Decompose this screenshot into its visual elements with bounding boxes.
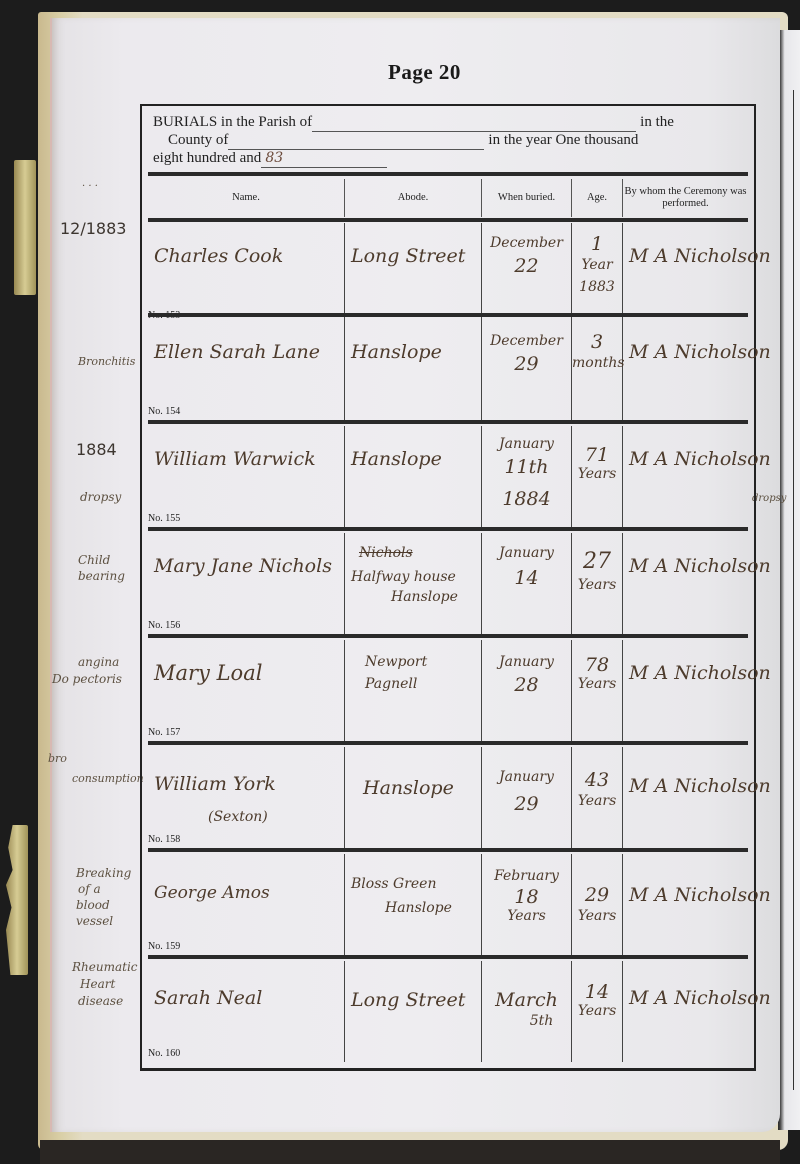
col-header-name: Name.	[148, 179, 345, 217]
entry-officiant: M A Nicholson	[629, 555, 771, 577]
binding-tape-bottom	[6, 825, 28, 975]
entry-officiant: M A Nicholson	[629, 341, 771, 363]
entry-when-month: January	[482, 436, 571, 453]
entry-when-day: 28	[482, 674, 571, 696]
entry-when-month: December	[482, 333, 571, 350]
entry-officiant-cell: M A Nicholson	[623, 961, 748, 1062]
margin-cause-dropsy: dropsy	[80, 490, 121, 504]
entry-when-month: February	[482, 868, 571, 885]
entry-when-day: 5th	[512, 1013, 571, 1030]
entry-when-month: March	[482, 989, 571, 1011]
margin-marks: · · ·	[82, 180, 98, 194]
register-header: BURIALS in the Parish of in the County o…	[142, 106, 754, 168]
entry-age-cell: 27 Years	[572, 533, 623, 634]
entry-when-cell: January 28	[482, 640, 572, 741]
column-header-rule	[148, 218, 748, 222]
margin-cause-angina-2: Do pectoris	[52, 672, 122, 686]
entry-abode-cell: Long Street	[345, 961, 482, 1062]
entry-age-cell: 1 Year 1883	[572, 223, 623, 324]
entry-abode-cell: Hanslope	[345, 319, 482, 420]
entry-name-cell: Ellen Sarah Lane No. 154	[148, 319, 345, 420]
entry-age-value: 1	[572, 233, 622, 255]
entry-abode: Long Street	[351, 989, 465, 1011]
header-hundred-label: eight hundred and	[153, 150, 261, 166]
entry-officiant-cell: M A Nicholson	[623, 223, 748, 324]
margin-cause-breaking-4: vessel	[76, 914, 113, 928]
col-header-age: Age.	[572, 179, 623, 217]
entry-abode-extra: Hanslope	[391, 589, 458, 606]
header-line-3: eight hundred and83	[153, 150, 387, 168]
entry-officiant-cell: M A Nicholson	[623, 533, 748, 634]
entry-age-value: 3	[572, 331, 622, 353]
entry-when-month: January	[482, 769, 571, 786]
row-rule	[148, 313, 748, 317]
entry-age-unit: Years	[572, 1003, 622, 1020]
header-county-label: County of	[168, 132, 228, 148]
year-field: 83	[261, 150, 387, 168]
page-title: Page 20	[388, 60, 461, 85]
entry-abode: Halfway house	[351, 569, 456, 586]
entry-name-cell: Sarah Neal No. 160	[148, 961, 345, 1062]
entry-when-year: 1884	[482, 488, 571, 510]
entry-name: Mary Jane Nichols	[154, 555, 332, 577]
entry-abode-struck: Nichols	[359, 545, 413, 562]
entry-when-cell: January 14	[482, 533, 572, 634]
row-rule	[148, 634, 748, 638]
entry-age-value: 14	[572, 981, 622, 1003]
entry-when-day: 11th	[482, 456, 571, 478]
entry-age-cell: 29 Years	[572, 854, 623, 955]
entry-abode: Hanslope	[363, 777, 454, 799]
row-rule	[148, 741, 748, 745]
entry-number: No. 155	[148, 513, 180, 524]
entry-officiant-cell: M A Nicholson	[623, 319, 748, 420]
header-parish-label: BURIALS in the Parish of	[153, 114, 312, 130]
entry-officiant-cell: M A Nicholson	[623, 747, 748, 848]
entry-when-cell: January 29	[482, 747, 572, 848]
entry-when-day: 18	[482, 886, 571, 908]
burial-entry-158: William York (Sexton) No. 158 Hanslope J…	[148, 747, 748, 848]
entry-number: No. 158	[148, 834, 180, 845]
header-rule	[148, 172, 748, 176]
margin-cause-breaking-1: Breaking	[76, 866, 131, 880]
header-line-1: BURIALS in the Parish of in the	[153, 114, 674, 132]
margin-cause-childbearing-2: bearing	[78, 569, 125, 583]
entry-when-cell: December 29	[482, 319, 572, 420]
entry-when-day: 29	[482, 793, 571, 815]
entry-age-cell: 3 months	[572, 319, 623, 420]
col-header-when-buried: When buried.	[482, 179, 572, 217]
entry-age-unit: Years	[572, 908, 622, 925]
column-headers: Name. Abode. When buried. Age. By whom t…	[148, 179, 748, 217]
entry-name: William York	[154, 773, 276, 795]
burial-entry-153: Charles Cook No. 153 Long Street Decembe…	[148, 223, 748, 324]
entry-officiant: M A Nicholson	[629, 884, 771, 906]
margin-cause-breaking-3: blood	[76, 898, 110, 912]
header-year-label: in the year One thousand	[488, 132, 638, 148]
entry-age-cell: 43 Years	[572, 747, 623, 848]
entry-name: Ellen Sarah Lane	[154, 341, 320, 363]
entry-when-month: December	[482, 235, 571, 252]
margin-cause-bronchitis: Bronchitis	[78, 355, 135, 369]
entry-officiant-cell: M A Nicholson	[623, 426, 748, 527]
book-bottom-shadow	[40, 1140, 780, 1164]
entry-name-cell: William York (Sexton) No. 158	[148, 747, 345, 848]
margin-cause-consumption: consumption	[72, 772, 144, 786]
entry-when-month: January	[482, 654, 571, 671]
entry-age-unit: Years	[572, 676, 622, 693]
margin-cause-rheumatic-1: Rheumatic	[72, 960, 138, 974]
burial-entry-155: William Warwick No. 155 Hanslope January…	[148, 426, 748, 527]
entry-when-month: January	[482, 545, 571, 562]
entry-abode-cell: Nichols Halfway house Hanslope	[345, 533, 482, 634]
entry-abode: Newport	[365, 654, 427, 671]
burial-register-table: BURIALS in the Parish of in the County o…	[140, 104, 756, 1071]
entry-age-unit: months	[572, 355, 622, 372]
entry-when-cell: December 22	[482, 223, 572, 324]
entry-age-value: 71	[572, 444, 622, 466]
margin-year-1884: 1884	[76, 443, 117, 457]
entry-when-cell: January 11th 1884	[482, 426, 572, 527]
entry-age-unit: Years	[572, 793, 622, 810]
row-rule	[148, 955, 748, 959]
entry-name-cell: Mary Loal No. 157	[148, 640, 345, 741]
entry-name-note: (Sexton)	[208, 809, 268, 826]
entry-name-cell: George Amos No. 159	[148, 854, 345, 955]
entry-officiant-cell: M A Nicholson	[623, 854, 748, 955]
entry-abode: Long Street	[351, 245, 465, 267]
entry-abode-extra: Hanslope	[385, 900, 452, 917]
entry-age-cell: 14 Years	[572, 961, 623, 1062]
entry-age-unit: Year	[572, 257, 622, 274]
burial-entry-160: Sarah Neal No. 160 Long Street March 5th…	[148, 961, 748, 1062]
row-rule	[148, 527, 748, 531]
entry-name: Mary Loal	[154, 662, 262, 684]
entry-age-value: 43	[572, 769, 622, 791]
entry-number: No. 159	[148, 941, 180, 952]
entry-when-day: 29	[482, 353, 571, 375]
burial-entry-159: George Amos No. 159 Bloss Green Hanslope…	[148, 854, 748, 955]
entry-number: No. 156	[148, 620, 180, 631]
entry-abode-extra: Pagnell	[365, 676, 417, 693]
row-rule	[148, 420, 748, 424]
entry-officiant: M A Nicholson	[629, 775, 771, 797]
entry-when-day: 22	[482, 255, 571, 277]
entry-age-value: 29	[572, 884, 622, 906]
entry-name-cell: Mary Jane Nichols No. 156	[148, 533, 345, 634]
entry-abode: Hanslope	[351, 341, 442, 363]
entry-when-day: 14	[482, 567, 571, 589]
parish-field	[312, 114, 636, 132]
entry-abode-cell: Long Street	[345, 223, 482, 324]
year-value: 83	[265, 150, 283, 166]
entry-name: George Amos	[154, 882, 270, 904]
entry-officiant: M A Nicholson	[629, 987, 771, 1009]
entry-name: William Warwick	[154, 448, 316, 470]
entry-number: No. 160	[148, 1048, 180, 1059]
entry-abode: Bloss Green	[351, 876, 436, 893]
entry-when-extra: Years	[482, 908, 571, 925]
burial-entry-156: Mary Jane Nichols No. 156 Nichols Halfwa…	[148, 533, 748, 634]
row-rule	[148, 848, 748, 852]
entry-officiant: M A Nicholson	[629, 448, 771, 470]
col-header-officiant: By whom the Ceremony was performed.	[623, 179, 748, 217]
county-field	[228, 132, 484, 150]
entry-name: Sarah Neal	[154, 987, 262, 1009]
facing-page-edge	[778, 30, 800, 1130]
binding-tape-top	[14, 160, 36, 295]
header-line-2: County of in the year One thousand	[168, 132, 638, 150]
entry-age-extra: 1883	[572, 279, 622, 296]
col-header-abode: Abode.	[345, 179, 482, 217]
margin-date-1883: 12/1883	[60, 222, 126, 236]
entry-age-value: 78	[572, 654, 622, 676]
margin-note-bro: bro	[48, 752, 67, 766]
entry-number: No. 154	[148, 406, 180, 417]
entry-abode-cell: Hanslope	[345, 747, 482, 848]
entry-age-cell: 78 Years	[572, 640, 623, 741]
entry-name-cell: Charles Cook No. 153	[148, 223, 345, 324]
margin-cause-rheumatic-2: Heart	[80, 977, 115, 991]
margin-cause-childbearing-1: Child	[78, 553, 110, 567]
margin-right-dropsy: dropsy	[752, 492, 786, 506]
burial-entry-154: Ellen Sarah Lane No. 154 Hanslope Decemb…	[148, 319, 748, 420]
margin-cause-breaking-2: of a	[78, 882, 101, 896]
entry-name-cell: William Warwick No. 155	[148, 426, 345, 527]
entry-name: Charles Cook	[154, 245, 283, 267]
entry-age-unit: Years	[572, 466, 622, 483]
entry-abode-cell: Newport Pagnell	[345, 640, 482, 741]
margin-cause-angina-1: angina	[78, 655, 119, 669]
entry-officiant: M A Nicholson	[629, 662, 771, 684]
entry-when-cell: February 18 Years	[482, 854, 572, 955]
header-in-the-label: in the	[640, 114, 674, 130]
entry-officiant-cell: M A Nicholson	[623, 640, 748, 741]
entry-abode-cell: Hanslope	[345, 426, 482, 527]
entry-age-cell: 71 Years	[572, 426, 623, 527]
entry-age-unit: Years	[572, 577, 622, 594]
entry-abode-cell: Bloss Green Hanslope	[345, 854, 482, 955]
entry-abode: Hanslope	[351, 448, 442, 470]
entry-age-value: 27	[572, 551, 622, 573]
burial-entry-157: Mary Loal No. 157 Newport Pagnell Januar…	[148, 640, 748, 741]
entry-officiant: M A Nicholson	[629, 245, 771, 267]
entry-when-cell: March 5th	[482, 961, 572, 1062]
entry-number: No. 157	[148, 727, 180, 738]
margin-cause-rheumatic-3: disease	[78, 994, 123, 1008]
